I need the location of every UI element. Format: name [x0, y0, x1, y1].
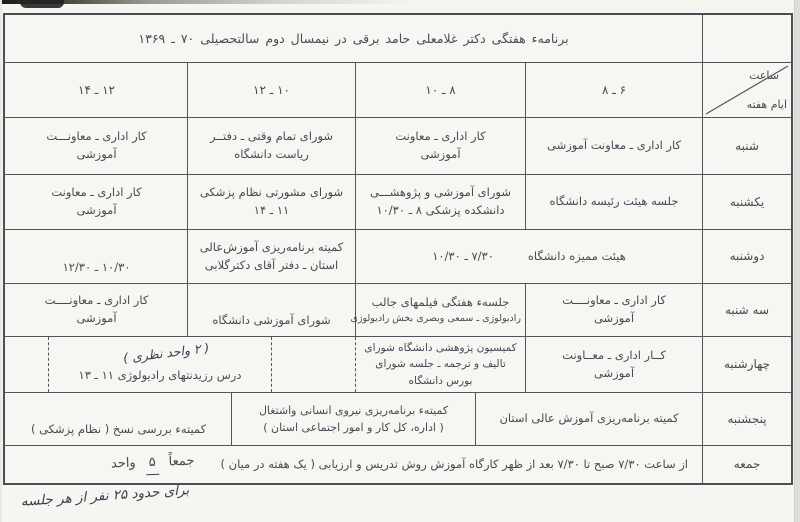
- day-label: یکشنبه: [730, 193, 764, 212]
- time-header-6-8: ۶ ـ ۸: [525, 63, 702, 117]
- day-cell-wednesday: چهارشنبه: [702, 337, 791, 392]
- entry-line: کمیتهء بررسی نسخ ( نظام پزشکی ): [10, 421, 227, 439]
- empty-cell: [271, 337, 355, 392]
- entry-line: کمیتهء برنامه‌ریزی نیروی انسانی واشتغال: [236, 402, 471, 419]
- entry-line: کمیته برنامه‌ریزی آموزش عالی استان: [480, 410, 698, 428]
- entry-line: آموزشی: [530, 365, 698, 383]
- handwritten-word: جمعاً: [168, 452, 194, 473]
- schedule-cell: شورای آموزشی دانشگاه: [187, 284, 355, 336]
- time-header-12-14: ۱۲ ـ ۱۴: [6, 63, 187, 117]
- day-cell-monday: دوشنبه: [702, 230, 791, 283]
- header-row: ساعت ایام هفته ۶ ـ ۸ ۸ ـ ۱۰ ۱۰ ـ ۱۲ ۱۲ ـ…: [5, 62, 791, 117]
- entry-line: آموزشی: [10, 310, 183, 328]
- entry-line: تالیف و ترجمه ـ جلسه شورای: [360, 356, 521, 372]
- scan-artifact-right-edge: [794, 0, 800, 522]
- day-cell-thursday: پنجشنبه: [702, 393, 791, 445]
- day-label: چهارشنبه: [724, 355, 770, 374]
- schedule-cell: جلسه هیئت رئیسه دانشگاه: [525, 175, 702, 229]
- entry-line: جلسهء هفتگی فیلمهای جالب: [360, 294, 521, 312]
- entry-line: ( اداره، کل کار و امور اجتماعی استان ): [236, 419, 471, 436]
- schedule-cell: کمیتهء برنامه‌ریزی نیروی انسانی واشتغال …: [231, 393, 475, 445]
- day-label: پنجشنبه: [727, 410, 766, 429]
- corner-cell: ساعت ایام هفته: [702, 63, 791, 117]
- schedule-cell: کار اداری ـ معاونت آموزشی: [525, 118, 702, 174]
- schedule-cell: شورای آموزشی و پژوهشـــی دانشکده پزشکی ۸…: [355, 175, 525, 229]
- entry-line: آموزشی: [360, 146, 521, 164]
- entry-line: شورای تمام وقتی ـ دفتــر: [192, 128, 351, 146]
- entry-line: دانشکده پزشکی ۸ ـ ۱۰/۳۰: [360, 202, 521, 220]
- entry-line: درس رزیدنتهای رادیولوژی ۱۱ ـ ۱۳: [53, 367, 267, 385]
- schedule-cell: کمیسیون پژوهشی دانشگاه شورای تالیف و ترج…: [355, 337, 525, 392]
- entry-line: کــار اداری ـ معــاونت: [530, 347, 698, 365]
- day-cell-friday: جمعه: [702, 446, 791, 483]
- entry-line: کار اداری ـ معاونت آموزشی: [530, 137, 698, 155]
- time-header-10-12: ۱۰ ـ ۱۲: [187, 63, 355, 117]
- entry-line: آموزشی: [10, 202, 183, 220]
- page-title: برنامهء هفتگی دکتر غلامعلی حامد برقی در …: [5, 15, 702, 62]
- scan-artifact-top-streak: [0, 0, 460, 4]
- entry-line: کمیته برنامه‌ریزی آموزش‌عالی: [192, 239, 351, 257]
- entry-line: بورس دانشگاه: [360, 373, 521, 389]
- friday-workshop-cell: از ساعت ۷/۳۰ صبح تا ۷/۳۰ بعد از ظهر کارگ…: [5, 446, 702, 483]
- time-header-label: ۱۲ ـ ۱۴: [78, 81, 115, 100]
- row-tuesday: سه شنبه کار اداری ـ معاونــــت آموزشی جل…: [5, 283, 791, 336]
- schedule-cell: ۱۰/۳۰ ـ ۱۲/۳۰: [6, 230, 187, 283]
- schedule-cell: کار اداری ـ معاونـــت آموزشی: [6, 118, 187, 174]
- title-spacer-cell: [702, 15, 791, 62]
- friday-workshop-text: از ساعت ۷/۳۰ صبح تا ۷/۳۰ بعد از ظهر کارگ…: [221, 456, 689, 474]
- schedule-cell: شورای تمام وقتی ـ دفتــر ریاست دانشگاه: [187, 118, 355, 174]
- row-sunday: یکشنبه جلسه هیئت رئیسه دانشگاه شورای آمو…: [5, 174, 791, 229]
- entry-line: کار اداری ـ معاونت: [360, 128, 521, 146]
- handwritten-units-note: ( ۲ واحد نظری ): [122, 338, 210, 368]
- entry-line: شورای آموزشی دانشگاه: [192, 312, 351, 330]
- schedule-cell: کــار اداری ـ معــاونت آموزشی: [525, 337, 702, 392]
- entry-line: کار اداری ـ معاونـــت: [10, 128, 183, 146]
- schedule-cell: کمیتهء بررسی نسخ ( نظام پزشکی ): [6, 393, 231, 445]
- entry-line: کار اداری ـ معاونت: [10, 184, 183, 202]
- day-label: دوشنبه: [730, 247, 765, 266]
- scanned-schedule-page: برنامهء هفتگی دکتر غلامعلی حامد برقی در …: [0, 0, 800, 522]
- entry-line: شورای مشورتی نظام پزشکی: [192, 184, 351, 202]
- time-header-label: ۸ ـ ۱۰: [425, 81, 456, 100]
- schedule-cell: کمیته برنامه‌ریزی آموزش‌عالی استان ـ دفت…: [187, 230, 355, 283]
- entry-line: کار اداری ـ معاونــــت: [530, 292, 698, 310]
- day-cell-tuesday: سه شنبه: [702, 284, 791, 336]
- entry-line: آموزشی: [10, 146, 183, 164]
- entry-line: رادیولوژی ـ سمعی وبصری بخش رادیولوژی: [360, 312, 521, 327]
- day-label: جمعه: [734, 455, 761, 474]
- entry-line: جلسه هیئت رئیسه دانشگاه: [530, 193, 698, 211]
- time-header-label: ۱۰ ـ ۱۲: [253, 81, 290, 100]
- schedule-cell: شورای مشورتی نظام پزشکی ۱۱ ـ ۱۴: [187, 175, 355, 229]
- entry-line: کار اداری ـ معاونــــت: [10, 292, 183, 310]
- entry-time: ۱۰/۳۰ ـ ۱۲/۳۰: [10, 259, 183, 277]
- row-friday: جمعه از ساعت ۷/۳۰ صبح تا ۷/۳۰ بعد از ظهر…: [5, 445, 791, 483]
- entry-line: کمیسیون پژوهشی دانشگاه شورای: [360, 340, 521, 356]
- hours-label: ساعت: [749, 67, 779, 84]
- day-cell-saturday: شنبه: [702, 118, 791, 174]
- entry-line: استان ـ دفتر آقای دکترگلابی: [192, 257, 351, 275]
- row-wednesday: چهارشنبه کــار اداری ـ معــاونت آموزشی ک…: [5, 336, 791, 392]
- entry-line: هیئت ممیزه دانشگاه: [528, 248, 626, 266]
- schedule-cell: جلسهء هفتگی فیلمهای جالب رادیولوژی ـ سمع…: [355, 284, 525, 336]
- schedule-cell: کار اداری ـ معاونت آموزشی: [6, 175, 187, 229]
- schedule-cell: کار اداری ـ معاونــــت آموزشی: [525, 284, 702, 336]
- schedule-table: برنامهء هفتگی دکتر غلامعلی حامد برقی در …: [3, 13, 793, 485]
- handwritten-total-units: جمعاً ۵ واحد: [111, 452, 195, 477]
- time-header-8-10: ۸ ـ ۱۰: [355, 63, 525, 117]
- entry-line: شورای آموزشی و پژوهشـــی: [360, 184, 521, 202]
- schedule-cell: کمیته برنامه‌ریزی آموزش عالی استان: [475, 393, 702, 445]
- schedule-cell-merged: هیئت ممیزه دانشگاه ۷/۳۰ ـ ۱۰/۳۰: [355, 230, 702, 283]
- schedule-cell: کار اداری ـ معاونــــت آموزشی: [6, 284, 187, 336]
- time-header-label: ۶ ـ ۸: [602, 81, 626, 100]
- handwritten-footer-note: برای حدود ۲۵ نفر از هر جلسه: [0, 481, 210, 512]
- day-label: سه شنبه: [725, 301, 769, 320]
- day-cell-sunday: یکشنبه: [702, 175, 791, 229]
- scan-artifact-left-edge: [0, 0, 2, 522]
- entry-line: ریاست دانشگاه: [192, 146, 351, 164]
- schedule-cell: کار اداری ـ معاونت آموزشی: [355, 118, 525, 174]
- row-thursday: پنجشنبه کمیته برنامه‌ریزی آموزش عالی است…: [5, 392, 791, 445]
- days-axis-label: ایام هفته: [747, 96, 787, 113]
- entry-line: آموزشی: [530, 310, 698, 328]
- scan-artifact-top-blob: [20, 0, 64, 8]
- row-monday: دوشنبه هیئت ممیزه دانشگاه ۷/۳۰ ـ ۱۰/۳۰ ک…: [5, 229, 791, 283]
- title-row: برنامهء هفتگی دکتر غلامعلی حامد برقی در …: [5, 15, 791, 62]
- empty-cell: [6, 337, 48, 392]
- handwritten-number: ۵: [145, 453, 159, 476]
- entry-line: ۱۱ ـ ۱۴: [192, 202, 351, 220]
- residents-class-cell: ( ۲ واحد نظری ) درس رزیدنتهای رادیولوژی …: [48, 337, 271, 392]
- entry-time: ۷/۳۰ ـ ۱۰/۳۰: [432, 248, 494, 266]
- row-saturday: شنبه کار اداری ـ معاونت آموزشی کار اداری…: [5, 117, 791, 174]
- day-label: شنبه: [735, 137, 759, 156]
- handwritten-word: واحد: [111, 454, 136, 475]
